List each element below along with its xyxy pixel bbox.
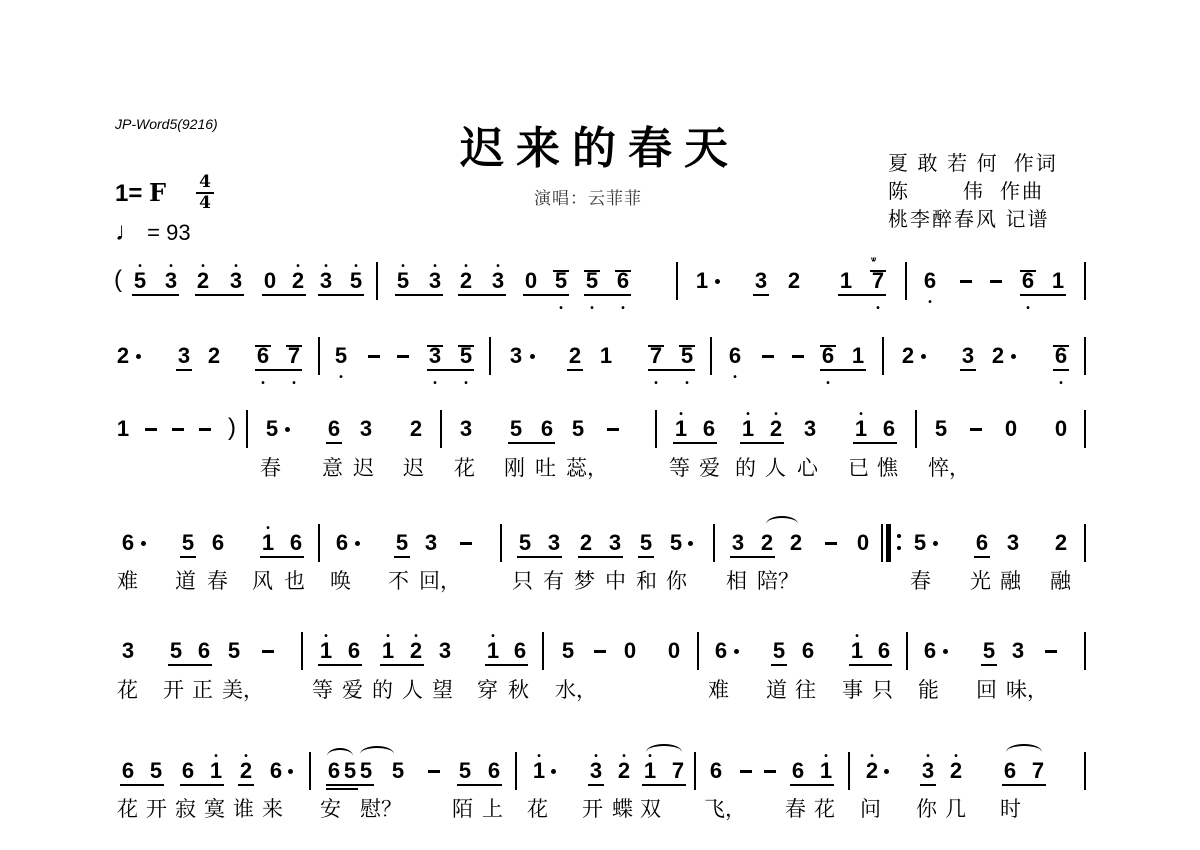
lyric: 寂: [175, 797, 196, 821]
lyric: 爱: [342, 678, 363, 702]
note: 5: [180, 532, 196, 554]
note: 6: [120, 532, 136, 554]
note: 6: [346, 640, 362, 662]
barline: [906, 632, 908, 670]
lyric: 回，: [419, 569, 461, 593]
note: 7: [870, 270, 886, 272]
note: 3: [730, 532, 746, 554]
lyric: 花: [527, 797, 548, 821]
lyric: 慰？: [360, 797, 402, 821]
note: 5: [132, 270, 148, 292]
note: 6: [974, 532, 990, 554]
note: 3: [176, 345, 192, 367]
lyric: 也: [284, 569, 305, 593]
lyric: 光: [970, 569, 991, 593]
note: 6: [820, 345, 836, 347]
time-signature: 4 4: [196, 174, 214, 212]
note: 2: [768, 418, 784, 440]
note: 0: [262, 270, 278, 292]
lyric: 安: [320, 797, 341, 821]
note: 5: [390, 760, 406, 782]
lyric: 吐: [535, 456, 556, 480]
lyric: 心: [797, 456, 818, 480]
lyric: 风: [252, 569, 273, 593]
note: 7: [1030, 760, 1046, 782]
note: 6: [288, 532, 304, 554]
barline: [1084, 524, 1086, 562]
note: 3: [1010, 640, 1026, 662]
lyric: 已: [848, 456, 869, 480]
quarter-note-icon: ♩: [115, 216, 141, 246]
note: 0: [1053, 418, 1069, 440]
note: 5: [771, 640, 787, 662]
lyric: 春: [260, 456, 281, 480]
tie-icon: [1006, 744, 1042, 760]
barline: [882, 337, 884, 375]
note: 2: [788, 532, 804, 554]
lyric: 人: [765, 456, 786, 480]
lyric: 迟: [353, 456, 374, 480]
note: 5: [348, 270, 364, 292]
lyric: 等: [669, 456, 690, 480]
lyric: 望: [432, 678, 453, 702]
note: 5: [560, 640, 576, 662]
note: 6: [922, 270, 938, 292]
note: 6: [334, 532, 350, 554]
lyric: 美，: [222, 678, 264, 702]
note: 3: [228, 270, 244, 292]
lyric: 梦: [574, 569, 595, 593]
note: 1: [531, 760, 547, 782]
lyric: 问: [860, 797, 881, 821]
tie-icon: [360, 746, 394, 762]
barline: [710, 337, 712, 375]
barline: [318, 524, 320, 562]
tempo-value: = 93: [147, 220, 190, 245]
lyric: 只: [872, 678, 893, 702]
note: 5: [226, 640, 242, 662]
lyric: 飞，: [704, 797, 746, 821]
repeat-barline: [886, 524, 891, 562]
note: 2: [578, 532, 594, 554]
lyric: 悴，: [928, 456, 970, 480]
lyric: 几: [945, 797, 966, 821]
note: 6: [1020, 270, 1036, 272]
tie-icon: [327, 748, 353, 764]
lyric: 正: [192, 678, 213, 702]
barline: [309, 752, 311, 790]
barline: [440, 410, 442, 448]
note: 3: [163, 270, 179, 292]
key-prefix: 1=: [115, 180, 142, 207]
lyric: 能: [918, 678, 939, 702]
note: 3: [546, 532, 562, 554]
lyric: 刚: [504, 456, 525, 480]
note: 5: [457, 760, 473, 782]
note: 2: [458, 270, 474, 292]
note: 1: [642, 760, 658, 782]
note: 3: [490, 270, 506, 292]
note: 6: [713, 640, 729, 662]
lyric: 花: [117, 797, 138, 821]
note: 3: [753, 270, 769, 292]
note: 3: [508, 345, 524, 367]
barline: [1084, 337, 1086, 375]
key-signature: 1= F: [115, 178, 166, 208]
lyric: 爱: [699, 456, 720, 480]
note: 1: [818, 760, 834, 782]
note: 2: [616, 760, 632, 782]
note: 0: [523, 270, 539, 292]
note: 1: [485, 640, 501, 662]
note: 7: [670, 760, 686, 782]
lyric: 双: [640, 797, 661, 821]
note: 5: [458, 345, 474, 347]
note: 1: [850, 345, 866, 367]
note: 6: [727, 345, 743, 367]
lyric: 陌: [452, 797, 473, 821]
lyric: 花: [814, 797, 835, 821]
barline: [697, 632, 699, 670]
note: 5: [679, 345, 695, 347]
lyric: 唤: [330, 569, 351, 593]
lyric: 陪？: [757, 569, 799, 593]
lyric: 谁: [233, 797, 254, 821]
note: 1: [208, 760, 224, 782]
note: 1: [380, 640, 396, 662]
lyric: 蝶: [612, 797, 633, 821]
note: 5: [395, 270, 411, 292]
note: 5: [912, 532, 928, 554]
note: 3: [423, 532, 439, 554]
note: 2: [408, 640, 424, 662]
note: 0: [622, 640, 638, 662]
note: 2: [1053, 532, 1069, 554]
note: 6: [512, 640, 528, 662]
tempo-marking: ♩ = 93: [115, 216, 191, 247]
note: 5: [168, 640, 184, 662]
note: 3: [358, 418, 374, 440]
lyricist-credit: 夏 敢 若 何 作词: [888, 150, 1058, 178]
barline: [655, 410, 657, 448]
lyric: 有: [543, 569, 564, 593]
note: 3: [318, 270, 334, 292]
lyric: 蕊，: [566, 456, 608, 480]
barline: [1084, 752, 1086, 790]
note: 1: [849, 640, 865, 662]
mordent-icon: ᵛᵛ: [871, 256, 874, 267]
note: 5: [584, 270, 600, 272]
note: 5: [570, 418, 586, 440]
note: 3: [607, 532, 623, 554]
note: 2: [948, 760, 964, 782]
lyric: 时: [1000, 797, 1021, 821]
note: 1: [1050, 270, 1066, 292]
note: 6: [881, 418, 897, 440]
lyric: 开: [163, 678, 184, 702]
note: 3: [802, 418, 818, 440]
note: 2: [900, 345, 916, 367]
note: 6: [180, 760, 196, 782]
note: 6: [486, 760, 502, 782]
barline: [301, 632, 303, 670]
note: 6: [539, 418, 555, 440]
composer-credit: 陈 伟 作曲: [888, 178, 1058, 206]
lyric: 秋: [508, 678, 529, 702]
open-paren: (: [114, 268, 122, 292]
note: 5: [508, 418, 524, 440]
lyric: 春: [207, 569, 228, 593]
lyric: 人: [402, 678, 423, 702]
barline: [542, 632, 544, 670]
note: 6: [1053, 345, 1069, 347]
lyric: 春: [910, 569, 931, 593]
lyric: 相: [726, 569, 747, 593]
note: 5: [553, 270, 569, 272]
note: 6: [800, 640, 816, 662]
barline: [1084, 410, 1086, 448]
lyric: 融: [1000, 569, 1021, 593]
lyric: 道: [175, 569, 196, 593]
note: 5: [638, 532, 654, 554]
barline: [1084, 262, 1086, 300]
note: 6: [196, 640, 212, 662]
close-paren: ): [228, 416, 236, 440]
note: 2: [290, 270, 306, 292]
note: 5: [264, 418, 280, 440]
note: 1: [694, 270, 710, 292]
barline: [500, 524, 502, 562]
lyric: 中: [605, 569, 626, 593]
lyric: 回: [976, 678, 997, 702]
singer-label: 演唱：云菲菲: [534, 184, 642, 209]
note: 6: [708, 760, 724, 782]
note: 3: [960, 345, 976, 367]
note: 3: [588, 760, 604, 782]
lyric: 的: [735, 456, 756, 480]
note: 2: [759, 532, 775, 554]
note: 5: [517, 532, 533, 554]
note: 6: [1002, 760, 1018, 782]
time-sig-bottom: 4: [196, 195, 214, 212]
lyric: 事: [842, 678, 863, 702]
tie-icon: [646, 744, 682, 760]
barline: [376, 262, 378, 300]
note: 5: [148, 760, 164, 782]
lyric: 水，: [555, 678, 597, 702]
note: 2: [567, 345, 583, 367]
note: 2: [115, 345, 131, 367]
lyric: 开: [582, 797, 603, 821]
barline: [515, 752, 517, 790]
note: 3: [427, 345, 443, 347]
note: 5: [668, 532, 684, 554]
note: 7: [286, 345, 302, 347]
barline: [246, 410, 248, 448]
note: 5: [358, 760, 374, 782]
note: 2: [408, 418, 424, 440]
time-sig-top: 4: [196, 174, 214, 191]
barline: [694, 752, 696, 790]
lyric: 和: [636, 569, 657, 593]
barline: [713, 524, 715, 562]
lyric: 穿: [477, 678, 498, 702]
note: 1: [598, 345, 614, 367]
note: 3: [427, 270, 443, 292]
note: 3: [458, 418, 474, 440]
note: 6: [255, 345, 271, 347]
note: 0: [1003, 418, 1019, 440]
lyric: 难: [117, 569, 138, 593]
note: 2: [990, 345, 1006, 367]
note: 1: [115, 418, 131, 440]
note: 2: [238, 760, 254, 782]
note: 6: [922, 640, 938, 662]
note: 1: [838, 270, 854, 292]
note: 3: [1005, 532, 1021, 554]
note: 5: [981, 640, 997, 662]
lyric: 难: [708, 678, 729, 702]
lyric: 融: [1050, 569, 1071, 593]
lyric: 意: [322, 456, 343, 480]
note: 1: [260, 532, 276, 554]
note: 2: [864, 760, 880, 782]
lyric: 道: [766, 678, 787, 702]
barline: [848, 752, 850, 790]
barline: [1084, 632, 1086, 670]
lyric: 春: [785, 797, 806, 821]
lyric: 你: [916, 797, 937, 821]
lyric: 迟: [403, 456, 424, 480]
barline: [905, 262, 907, 300]
note: 5: [333, 345, 349, 367]
note: 3: [920, 760, 936, 782]
note: 3: [437, 640, 453, 662]
key-note: F: [149, 178, 166, 207]
lyric: 憔: [877, 456, 898, 480]
transcriber-credit: 桃李醉春风 记谱: [888, 206, 1058, 234]
lyric: 花: [117, 678, 138, 702]
note: 2: [786, 270, 802, 292]
barline: [489, 337, 491, 375]
note: 6: [120, 760, 136, 782]
note: 1: [673, 418, 689, 440]
note: 6: [701, 418, 717, 440]
barline: [915, 410, 917, 448]
lyric: 花: [454, 456, 475, 480]
lyric: 寞: [204, 797, 225, 821]
lyric: 上: [482, 797, 503, 821]
lyric: 等: [312, 678, 333, 702]
note: 6: [615, 270, 631, 272]
lyric: 只: [512, 569, 533, 593]
note: 1: [318, 640, 334, 662]
note: 6: [268, 760, 284, 782]
note: 5: [394, 532, 410, 554]
lyric: 你: [666, 569, 687, 593]
note: 6: [210, 532, 226, 554]
note: 1: [853, 418, 869, 440]
note: 2: [206, 345, 222, 367]
note: 0: [855, 532, 871, 554]
lyric: 的: [372, 678, 393, 702]
lyric: 来: [262, 797, 283, 821]
lyric: 不: [388, 569, 409, 593]
note: 6: [326, 418, 342, 440]
note: 3: [120, 640, 136, 662]
note: 6: [790, 760, 806, 782]
credits: 夏 敢 若 何 作词 陈 伟 作曲 桃李醉春风 记谱: [888, 150, 1058, 234]
lyric: 味，: [1006, 678, 1048, 702]
lyric: 开: [146, 797, 167, 821]
lyric: 往: [795, 678, 816, 702]
barline: [318, 337, 320, 375]
note: 5: [933, 418, 949, 440]
note: 1: [740, 418, 756, 440]
note: 7: [648, 345, 664, 347]
barline: [676, 262, 678, 300]
note: 2: [195, 270, 211, 292]
note: 0: [666, 640, 682, 662]
note: 6: [876, 640, 892, 662]
